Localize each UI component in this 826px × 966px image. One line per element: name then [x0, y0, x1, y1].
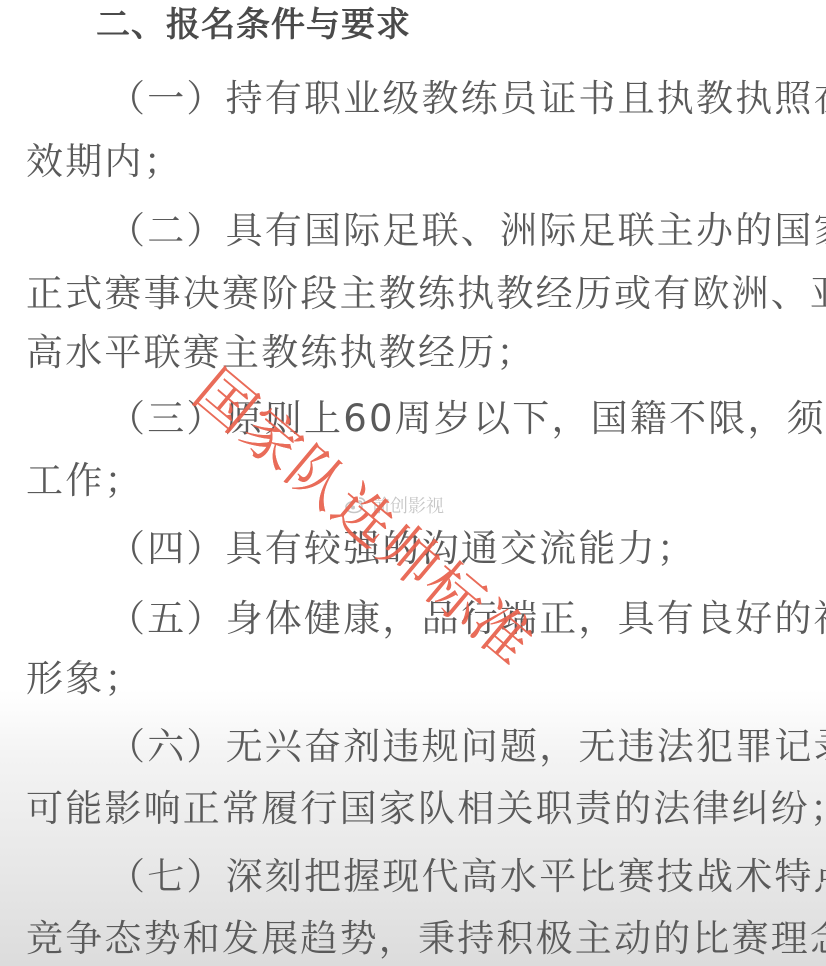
- clause-3-line-2: 工作；: [26, 462, 144, 499]
- clause-6-line-1: （六）无兴奋剂违规问题，无违法犯罪记录和: [108, 728, 826, 765]
- clause-1-line-2: 效期内；: [26, 143, 183, 180]
- clause-2-line-2: 正式赛事决赛阶段主教练执教经历或有欧洲、亚洲: [26, 275, 826, 312]
- section-heading: 二、报名条件与要求: [96, 8, 411, 42]
- clause-7-line-2: 竞争态势和发展趋势，秉持积极主动的比赛理念和: [26, 920, 826, 957]
- clause-1-line-1: （一）持有职业级教练员证书且执教执照在有: [108, 80, 826, 117]
- clause-6-line-2: 可能影响正常履行国家队相关职责的法律纠纷；: [26, 790, 826, 827]
- clause-5-line-2: 形象；: [26, 660, 144, 697]
- clause-7-line-1: （七）深刻把握现代高水平比赛技战术特点、: [108, 858, 826, 895]
- clause-2-line-3: 高水平联赛主教练执教经历；: [26, 334, 536, 371]
- clause-2-line-1: （二）具有国际足联、洲际足联主办的国家队: [108, 212, 826, 249]
